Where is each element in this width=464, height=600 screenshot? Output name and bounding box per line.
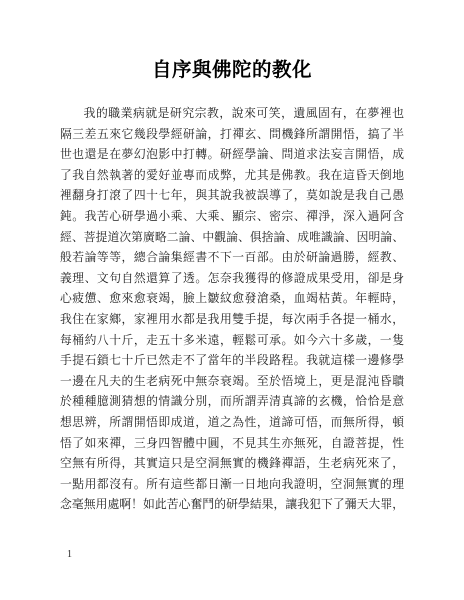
body-text-line: 裡翻身打滾了四十七年，與其說我被誤導了，莫如說是我自己愚 bbox=[60, 185, 404, 206]
body-text-line: 想思辨，所謂開悟即成道，道之為性，道諦可悟，而無所得，頓 bbox=[60, 412, 404, 433]
body-text-line: 義理、文句自然還算了透。怎奈我獲得的修證成果受用，卻是身 bbox=[60, 268, 404, 289]
body-text-line: 般若論等等，總合論集經書不下一百部。由於研論過勝，經教、 bbox=[60, 247, 404, 268]
body-text-line: 念毫無用處啊！如此苦心奮鬥的研學結果，讓我犯下了彌天大罪， bbox=[60, 494, 404, 515]
body-text-line: 我的職業病就是研究宗教，說來可笑，遺風固有，在夢裡也 bbox=[60, 103, 404, 124]
body-text-line: 經、菩提道次第廣略二論、中觀論、俱捨論、成唯識論、因明論、 bbox=[60, 227, 404, 248]
body-text-line: 每桶約八十斤，走五十多米遠，輕鬆可承。如今六十多歲，一隻 bbox=[60, 330, 404, 351]
body-text-line: 悟了如來禪，三身四智體中圓，不見其生亦無死，自證菩提，性 bbox=[60, 433, 404, 454]
body-text-line: 心疲憊、愈來愈衰竭，臉上皺紋愈發滄桑，血竭枯黃。年輕時， bbox=[60, 288, 404, 309]
body-text-line: 鈍。我苦心研學過小乘、大乘、顯宗、密宗、禪淨，深入過阿含 bbox=[60, 206, 404, 227]
body-text-line: 手提石鎖七十斤已然走不了當年的半段路程。我就這樣一邊修學 bbox=[60, 350, 404, 371]
document-body: 我的職業病就是研究宗教，說來可笑，遺風固有，在夢裡也 隔三差五來它幾段學經研論，… bbox=[60, 103, 404, 515]
body-text-line: 我住在家鄉，家裡用水都是我用雙手提，每次兩手各提一桶水， bbox=[60, 309, 404, 330]
body-text-line: 世也還是在夢幻泡影中打轉。研經學論、問道求法妄言開悟，成 bbox=[60, 144, 404, 165]
body-text-line: 一邊在凡夫的生老病死中無奈衰竭。至於悟境上，更是混沌昏聵 bbox=[60, 371, 404, 392]
body-text-line: 了我自然執著的愛好並專而成弊，尤其是佛教。我在這昏天倒地 bbox=[60, 165, 404, 186]
body-text-line: 一點用都沒有。所有這些都日漸一日地向我證明，空洞無實的理 bbox=[60, 474, 404, 495]
body-text-line: 空無有所得，其實這只是空洞無實的機鋒禪語，生老病死來了， bbox=[60, 453, 404, 474]
document-title: 自序與佛陀的教化 bbox=[0, 0, 464, 85]
body-text-line: 於種種臆測猜想的情識分別，而所謂弄清真諦的玄機，恰恰是意 bbox=[60, 391, 404, 412]
document-page: 自序與佛陀的教化 我的職業病就是研究宗教，說來可笑，遺風固有，在夢裡也 隔三差五… bbox=[0, 0, 464, 600]
body-text-line: 隔三差五來它幾段學經研論，打禪玄、問機鋒所謂開悟，搞了半 bbox=[60, 124, 404, 145]
page-number: 1 bbox=[67, 549, 72, 560]
